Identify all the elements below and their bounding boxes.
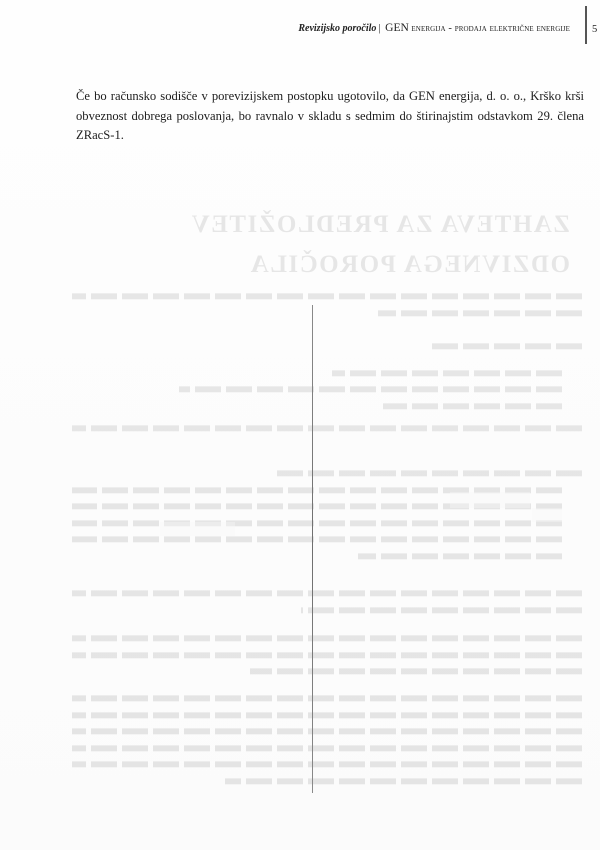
bleed-through-paragraph bbox=[72, 288, 582, 321]
header-separator: | bbox=[378, 23, 380, 34]
bleed-through-list bbox=[72, 338, 582, 414]
body-paragraph: Če bo računsko sodišče v porevizijskem p… bbox=[76, 87, 584, 146]
header-company: GEN bbox=[385, 22, 409, 34]
bleed-through-paragraph bbox=[72, 465, 582, 564]
page-number: 5 bbox=[592, 24, 597, 35]
header-text: Revizijsko poročilo| GEN energija - prod… bbox=[298, 22, 580, 34]
scan-crease-line bbox=[312, 305, 313, 793]
bleed-through-paragraph bbox=[72, 585, 582, 618]
bleed-through-paragraph bbox=[72, 630, 582, 680]
header-doc-type: Revizijsko poročilo bbox=[298, 23, 376, 34]
redaction-mark bbox=[450, 492, 530, 508]
header-divider bbox=[585, 6, 587, 44]
document-page: ZAHTEVA ZA PREDLOŽITEV ODZIVNEGA POROČIL… bbox=[0, 0, 600, 850]
redaction-mark bbox=[532, 508, 562, 522]
bleed-through-heading: ZAHTEVA ZA PREDLOŽITEV ODZIVNEGA POROČIL… bbox=[90, 205, 570, 285]
redaction-mark bbox=[160, 522, 235, 536]
bleed-through-paragraph bbox=[72, 420, 582, 437]
running-header: Revizijsko poročilo| GEN energija - prod… bbox=[0, 20, 600, 44]
header-title: energija - prodaja električne energije bbox=[411, 23, 570, 34]
bleed-through-paragraph bbox=[72, 690, 582, 789]
